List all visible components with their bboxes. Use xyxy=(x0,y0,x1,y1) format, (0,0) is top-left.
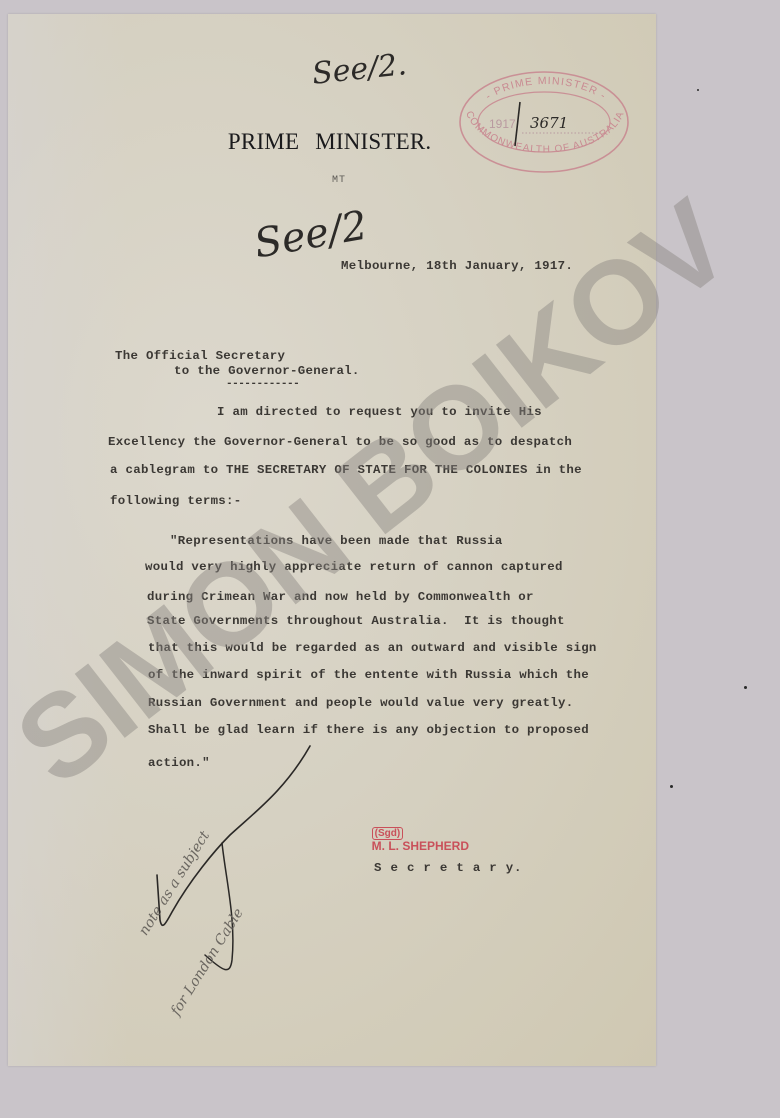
dust-speck xyxy=(744,686,747,689)
dust-speck xyxy=(697,89,699,91)
pen-check-mark xyxy=(0,0,780,1118)
dust-speck xyxy=(670,785,673,788)
